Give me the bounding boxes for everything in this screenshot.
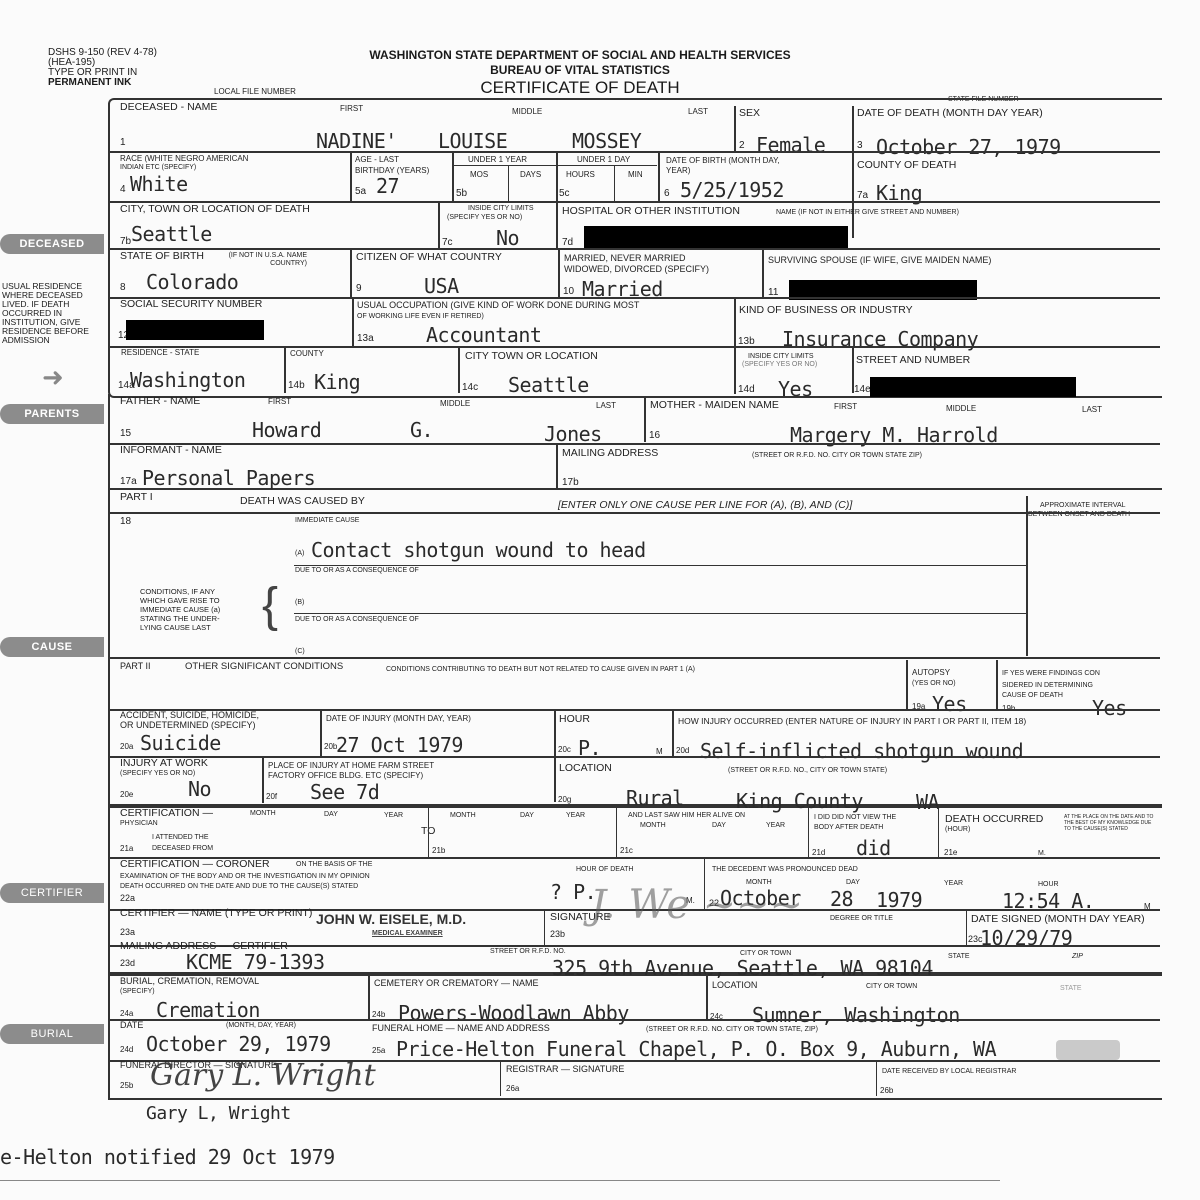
item-number: 20f <box>266 792 277 801</box>
location-value-2: King County <box>736 789 863 813</box>
day-label: DAY <box>324 811 338 819</box>
pronounced-day: 28 <box>830 887 853 911</box>
item-number: 14b <box>288 380 305 391</box>
deceased-last-name: MOSSEY <box>572 129 641 153</box>
item-number: 23a <box>120 927 135 937</box>
burial-location-label: LOCATION <box>712 981 757 990</box>
divider <box>294 565 1026 566</box>
divider <box>350 249 352 297</box>
director-signature: Gary L. Wright <box>150 1058 376 1093</box>
item-number: 20g <box>558 795 571 804</box>
item-number: 2 <box>739 140 745 151</box>
inside-limits-label: INSIDE CITY LIMITS <box>468 205 534 213</box>
burial-date-label: DATE <box>120 1021 143 1030</box>
item-number: 5c <box>559 188 570 199</box>
divider <box>438 202 440 248</box>
due-to-label: DUE TO OR AS A CONSEQUENCE OF <box>295 616 419 624</box>
divider <box>1026 496 1028 656</box>
dob-label-2: YEAR) <box>666 166 690 175</box>
res-city-value: Seattle <box>508 373 589 397</box>
divider <box>672 710 674 756</box>
autopsy-value: Yes <box>932 692 967 716</box>
due-to-label: DUE TO OR AS A CONSEQUENCE OF <box>295 567 419 575</box>
year-label: YEAR <box>384 812 403 820</box>
cause-c-label: (c) <box>295 648 305 656</box>
immediate-cause-label: IMMEDIATE CAUSE <box>295 517 359 525</box>
divider <box>110 1019 1160 1021</box>
item-number: 17b <box>562 477 579 488</box>
item-number: 21c <box>620 846 633 855</box>
local-file-label: LOCAL FILE NUMBER <box>214 87 296 96</box>
item-number: 18 <box>120 516 131 527</box>
disposition-label-2: (SPECIFY) <box>120 988 155 996</box>
city-label: CITY OR TOWN <box>866 983 917 991</box>
divider <box>110 248 1160 250</box>
attended-label-2: DECEASED FROM <box>152 845 213 853</box>
redacted-ssn <box>126 320 264 340</box>
divider <box>614 166 615 202</box>
informant-value: Personal Papers <box>142 466 315 490</box>
spouse-label: SURVIVING SPOUSE (IF WIFE, GIVE MAIDEN N… <box>768 256 991 265</box>
last-label: LAST <box>688 107 708 116</box>
deceased-first-name: NADINE' <box>316 129 397 153</box>
form-id-block: DSHS 9-150 (REV 4-78) (HEA-195) TYPE OR … <box>48 48 157 88</box>
month-label: MONTH <box>450 812 476 820</box>
certifier-address: 325 9th Avenue, Seattle, WA 98104 <box>552 956 933 980</box>
divider <box>262 757 264 803</box>
divider <box>110 346 1160 348</box>
divider <box>350 152 352 202</box>
how-injury-label: HOW INJURY OCCURRED (ENTER NATURE OF INJ… <box>678 717 1026 726</box>
res-inside-label: INSIDE CITY LIMITS <box>748 353 814 361</box>
occupation-value: Accountant <box>426 323 541 347</box>
interval-label: APPROXIMATE INTERVAL <box>1040 502 1126 510</box>
day-label: DAY <box>520 812 534 820</box>
race-value: White <box>130 172 188 196</box>
item-number: 10 <box>563 286 574 297</box>
divider <box>996 660 998 710</box>
divider <box>644 396 646 442</box>
days-label: DAYS <box>520 170 541 179</box>
redacted-hospital <box>584 226 848 250</box>
date-of-death-value: October 27, 1979 <box>876 135 1061 159</box>
item-number: 23b <box>550 929 565 939</box>
injury-date-value: 27 Oct 1979 <box>336 733 463 757</box>
divider <box>294 613 1026 614</box>
occurred-note: AT THE PLACE ON THE DATE AND TO THE BEST… <box>1064 814 1158 832</box>
divider <box>110 657 1160 659</box>
findings-label-3: CAUSE OF DEATH <box>1002 692 1063 700</box>
day-label: DAY <box>712 822 726 830</box>
item-number: 14e <box>854 384 871 395</box>
hour-of-death-label: HOUR OF DEATH <box>576 866 633 874</box>
business-label: KIND OF BUSINESS OR INDUSTRY <box>739 305 913 316</box>
item-number: 24a <box>120 1009 133 1018</box>
autopsy-label-2: (YES OR NO) <box>912 680 956 688</box>
tab-cause: CAUSE <box>0 637 104 657</box>
cemetery-label: CEMETERY OR CREMATORY — NAME <box>374 979 539 988</box>
item-number: 7c <box>442 237 453 248</box>
res-county-label: COUNTY <box>290 349 324 358</box>
part2-label: PART II <box>120 662 151 671</box>
mos-label: MOS <box>470 170 488 179</box>
burial-location-value: Sumner, Washington <box>752 1003 960 1027</box>
mother-label: MOTHER - MAIDEN NAME <box>650 400 779 411</box>
divider <box>320 710 322 756</box>
first-label: FIRST <box>834 402 857 411</box>
occupation-label-2: OF WORKING LIFE EVEN IF RETIRED) <box>357 313 484 321</box>
last-saw-label: AND LAST SAW HIM HER ALIVE ON <box>628 812 745 820</box>
divider <box>706 973 708 1019</box>
dob-value: 5/25/1952 <box>680 178 784 202</box>
funeral-home-label: FUNERAL HOME — NAME AND ADDRESS <box>372 1024 550 1033</box>
hours-label: HOURS <box>566 170 595 179</box>
registrar-label: REGISTRAR — SIGNATURE <box>506 1065 624 1074</box>
coroner-note-2: EXAMINATION OF THE BODY AND OR THE INVES… <box>120 873 370 881</box>
middle-label: MIDDLE <box>512 107 542 116</box>
injury-date-label: DATE OF INJURY (MONTH DAY, YEAR) <box>326 714 471 723</box>
last-label: LAST <box>1082 405 1102 414</box>
page-edge <box>0 1180 1000 1181</box>
item-number: 14c <box>462 382 478 393</box>
dob-label: DATE OF BIRTH (MONTH DAY, <box>666 156 780 165</box>
item-number: 21b <box>432 846 445 855</box>
deceased-name-label: DECEASED - NAME <box>120 102 217 113</box>
marital-label-2: WIDOWED, DIVORCED (SPECIFY) <box>564 265 709 274</box>
redacted-street <box>870 377 1076 397</box>
item-number: 5a <box>355 186 366 197</box>
divider <box>966 910 967 946</box>
tab-deceased: DECEASED <box>0 234 104 254</box>
at-work-label: INJURY AT WORK <box>120 758 208 769</box>
item-number: 5b <box>456 188 467 199</box>
item-number: 7a <box>857 190 868 201</box>
res-county-value: King <box>314 370 360 394</box>
divider <box>658 152 660 202</box>
item-number: 20c <box>558 745 571 754</box>
divider <box>110 151 1160 153</box>
burial-date-format: (MONTH, DAY, YEAR) <box>226 1022 296 1030</box>
first-label: FIRST <box>268 397 291 406</box>
tab-burial: BURIAL <box>0 1024 104 1044</box>
birth-state-value: Colorado <box>146 270 238 294</box>
res-inside-value: Yes <box>778 377 813 401</box>
certifier-title-stamp: MEDICAL EXAMINER <box>372 930 443 937</box>
cause-a-value: Contact shotgun wound to head <box>311 538 646 562</box>
item-number: 9 <box>356 283 362 294</box>
marital-label: MARRIED, NEVER MARRIED <box>564 254 686 263</box>
location-value-3: WA <box>916 790 939 814</box>
divider <box>284 347 286 393</box>
zip-label: ZIP <box>1072 953 1083 961</box>
sex-label: SEX <box>739 108 760 119</box>
item-number: 21a <box>120 844 133 853</box>
divider <box>544 910 545 946</box>
item-number: 21e <box>944 848 957 857</box>
findings-label: IF YES WERE FINDINGS CON <box>1002 670 1100 678</box>
divider <box>762 249 764 299</box>
under-day-label: UNDER 1 DAY <box>577 155 630 164</box>
first-label: FIRST <box>340 104 363 113</box>
tab-certifier: CERTIFIER <box>0 883 104 903</box>
divider <box>938 805 939 857</box>
street-label: STREET OR R.F.D. NO. <box>490 948 566 956</box>
coroner-label: CERTIFICATION — CORONER <box>120 859 270 870</box>
hour-m: M <box>656 747 663 756</box>
place-label-2: FACTORY OFFICE BLDG. ETC (SPECIFY) <box>268 772 423 780</box>
viewed-label: I DID DID NOT VIEW THE <box>814 814 896 822</box>
coroner-note-3: DEATH OCCURRED ON THE DATE AND DUE TO TH… <box>120 883 358 891</box>
smudged-zip <box>1056 1040 1120 1060</box>
inside-limits-label-2: (SPECIFY YES OR NO) <box>447 214 522 222</box>
burial-date-value: October 29, 1979 <box>146 1032 331 1056</box>
mailing-label: MAILING ADDRESS <box>562 448 658 459</box>
residence-note: USUAL RESIDENCE WHERE DECEASED LIVED. IF… <box>2 282 89 345</box>
funeral-home-note: (STREET OR R.F.D. NO. CITY OR TOWN STATE… <box>646 1026 818 1034</box>
item-number: 25b <box>120 1081 133 1090</box>
item-number: 21d <box>812 848 825 857</box>
cause-a-label: (a) <box>295 550 304 558</box>
death-occurred-label-2: (HOUR) <box>945 826 970 834</box>
cemetery-value: Powers-Woodlawn Abby <box>398 1001 629 1025</box>
divider <box>556 444 558 488</box>
last-label: LAST <box>596 401 616 410</box>
informant-label: INFORMANT - NAME <box>120 445 222 456</box>
place-label: PLACE OF INJURY AT HOME FARM STREET <box>268 762 434 770</box>
date-signed-label: DATE SIGNED (MONTH DAY YEAR) <box>971 914 1145 925</box>
item-number: 20d <box>676 746 689 755</box>
sex-value: Female <box>756 133 825 157</box>
arrow-right-icon: ➜ <box>42 362 64 393</box>
place-value: See 7d <box>310 780 379 804</box>
at-work-label-2: (SPECIFY YES OR NO) <box>120 770 195 778</box>
divider <box>368 973 370 1019</box>
age-value: 27 <box>376 174 399 198</box>
instruction-bold: PERMANENT INK <box>48 78 157 88</box>
certifier-name-label: CERTIFIER — NAME (TYPE OR PRINT) <box>120 908 312 919</box>
item-number: 16 <box>649 430 660 441</box>
divider <box>352 298 354 346</box>
age-label: AGE - LAST <box>355 155 399 164</box>
occupation-label: USUAL OCCUPATION (GIVE KIND OF WORK DONE… <box>357 301 639 310</box>
item-number: 24b <box>372 1010 385 1019</box>
page-title: CERTIFICATE OF DEATH <box>330 78 830 98</box>
hospital-label-2: NAME (IF NOT IN EITHER GIVE STREET AND N… <box>776 209 959 217</box>
viewed-label-2: BODY AFTER DEATH <box>814 824 883 832</box>
city-of-death-value: Seattle <box>131 222 212 246</box>
certifier-name-stamp: JOHN W. EISELE, M.D. <box>316 911 466 927</box>
degree-label: DEGREE OR TITLE <box>830 915 893 923</box>
manner-label: ACCIDENT, SUICIDE, HOMICIDE, <box>120 711 259 720</box>
divider <box>110 756 1160 758</box>
middle-label: MIDDLE <box>946 404 976 413</box>
item-number: 17a <box>120 476 137 487</box>
race-label-2: INDIAN ETC (SPECIFY) <box>120 164 196 172</box>
year-label: YEAR <box>944 880 963 888</box>
attended-label: I ATTENDED THE <box>152 834 209 842</box>
item-number: 26b <box>880 1086 893 1095</box>
case-number: KCME 79-1393 <box>186 950 325 974</box>
item-number: 15 <box>120 428 131 439</box>
death-occurred-label: DEATH OCCURRED <box>945 814 1043 825</box>
item-number: 23d <box>120 958 135 968</box>
bureau-name: BUREAU OF VITAL STATISTICS <box>330 63 830 77</box>
divider <box>458 347 460 393</box>
divider <box>808 805 809 857</box>
manner-value: Suicide <box>140 731 221 755</box>
item-number: 24d <box>120 1045 133 1054</box>
month-label: MONTH <box>250 810 276 818</box>
street-label: STREET AND NUMBER <box>856 355 970 366</box>
item-number: 7d <box>562 237 573 248</box>
conditions-note: CONDITIONS, IF ANY WHICH GAVE RISE TO IM… <box>140 587 220 632</box>
agency-name: WASHINGTON STATE DEPARTMENT OF SOCIAL AN… <box>330 48 830 62</box>
item-number: 14d <box>738 384 755 395</box>
certifier-signature: J. We ~~~ <box>590 882 803 928</box>
caused-by-label: DEATH WAS CAUSED BY <box>240 496 365 507</box>
other-conditions-label: OTHER SIGNIFICANT CONDITIONS <box>185 662 343 671</box>
item-number: 7b <box>120 236 131 247</box>
res-state-value: Washington <box>130 368 245 392</box>
inside-limits-value: No <box>496 226 519 250</box>
divider <box>452 152 454 202</box>
under-year-label: UNDER 1 YEAR <box>468 155 527 164</box>
divider <box>453 165 657 166</box>
divider <box>616 805 617 857</box>
race-label: RACE (WHITE NEGRO AMERICAN <box>120 154 248 163</box>
physician-label-2: PHYSICIAN <box>120 820 158 828</box>
item-number: 22a <box>120 893 135 903</box>
hour-label: HOUR <box>1038 881 1059 889</box>
autopsy-label: AUTOPSY <box>912 668 950 677</box>
part1-label: PART I <box>120 492 153 503</box>
state-label: STATE <box>1060 985 1082 993</box>
year-label: YEAR <box>566 812 585 820</box>
pronounced-label: THE DECEDENT WAS PRONOUNCED DEAD <box>712 866 858 874</box>
cause-b-label: (b) <box>295 599 304 607</box>
divider <box>508 166 509 202</box>
day-label: DAY <box>846 879 860 887</box>
divider <box>556 202 558 248</box>
res-city-label: CITY TOWN OR LOCATION <box>465 351 598 362</box>
findings-label-2: SIDERED IN DETERMINING <box>1002 682 1093 690</box>
ssn-label: SOCIAL SECURITY NUMBER <box>120 299 262 310</box>
res-state-label: RESIDENCE - STATE <box>121 348 199 357</box>
how-injury-value: Self-inflicted shotgun wound <box>700 739 1023 763</box>
item-number: 25a <box>372 1046 385 1055</box>
brace-icon: { <box>262 578 278 633</box>
coroner-note: ON THE BASIS OF THE <box>296 861 372 869</box>
physician-label: CERTIFICATION — <box>120 808 213 819</box>
deceased-middle-name: LOUISE <box>438 129 507 153</box>
manner-label-2: OR UNDETERMINED (SPECIFY) <box>120 721 256 730</box>
mailing-note: (STREET OR R.F.D. NO. CITY OR TOWN STATE… <box>752 452 922 460</box>
at-work-value: No <box>188 777 211 801</box>
location-value-1: Rural <box>626 786 684 810</box>
month-label: MONTH <box>640 822 666 830</box>
funeral-home-value: Price-Helton Funeral Chapel, P. O. Box 9… <box>396 1037 996 1061</box>
item-number: 20a <box>120 742 133 751</box>
director-typed-name: Gary L, Wright <box>146 1103 291 1124</box>
birth-state-note: (IF NOT IN U.S.A. NAME COUNTRY) <box>222 252 307 268</box>
divider <box>906 660 908 710</box>
citizen-value: USA <box>424 274 459 298</box>
item-number: 1 <box>120 137 126 148</box>
item-number: 4 <box>120 184 126 195</box>
divider <box>734 106 736 152</box>
item-number: 8 <box>120 282 126 293</box>
hour-label: HOUR <box>559 714 590 725</box>
father-middle: G. <box>410 418 433 442</box>
received-label: DATE RECEIVED BY LOCAL REGISTRAR <box>882 1068 1016 1076</box>
item-number: 13a <box>357 333 374 344</box>
father-first: Howard <box>252 418 321 442</box>
location-label: LOCATION <box>559 763 612 774</box>
divider <box>558 249 560 299</box>
divider <box>428 805 429 857</box>
divider <box>500 1060 501 1096</box>
middle-label: MIDDLE <box>440 399 470 408</box>
item-number: 3 <box>857 140 863 151</box>
father-label: FATHER - NAME <box>120 396 200 407</box>
item-number: 6 <box>664 188 670 199</box>
divider <box>110 297 1160 299</box>
citizen-label: CITIZEN OF WHAT COUNTRY <box>356 252 502 263</box>
divider <box>110 512 1160 514</box>
divider <box>110 709 1160 711</box>
divider <box>556 152 558 202</box>
county-of-death-label: COUNTY OF DEATH <box>857 160 956 171</box>
item-number: 20e <box>120 790 133 799</box>
tab-parents: PARENTS <box>0 404 104 424</box>
item-number: 26a <box>506 1084 519 1093</box>
city-of-death-label: CITY, TOWN OR LOCATION OF DEATH <box>120 204 310 215</box>
findings-value: Yes <box>1092 696 1127 720</box>
hospital-label: HOSPITAL OR OTHER INSTITUTION <box>562 206 740 217</box>
notification-note: e-Helton notified 29 Oct 1979 <box>0 1145 335 1169</box>
other-conditions-note: CONDITIONS CONTRIBUTING TO DEATH BUT NOT… <box>386 666 695 674</box>
res-inside-label-2: (SPECIFY YES OR NO) <box>742 361 817 369</box>
min-label: MIN <box>628 170 643 179</box>
divider <box>876 1060 877 1096</box>
year-label: YEAR <box>766 822 785 830</box>
date-of-death-label: DATE OF DEATH (MONTH DAY YEAR) <box>857 108 1043 119</box>
disposition-label: BURIAL, CREMATION, REMOVAL <box>120 977 259 986</box>
divider <box>852 106 854 238</box>
cause-instruction: [ENTER ONLY ONE CAUSE PER LINE FOR (a), … <box>558 500 852 511</box>
divider <box>110 443 1160 445</box>
birth-state-label: STATE OF BIRTH <box>120 251 204 262</box>
location-note: (STREET OR R.F.D. NO., CITY OR TOWN STAT… <box>728 767 887 775</box>
state-label: STATE <box>948 953 970 961</box>
